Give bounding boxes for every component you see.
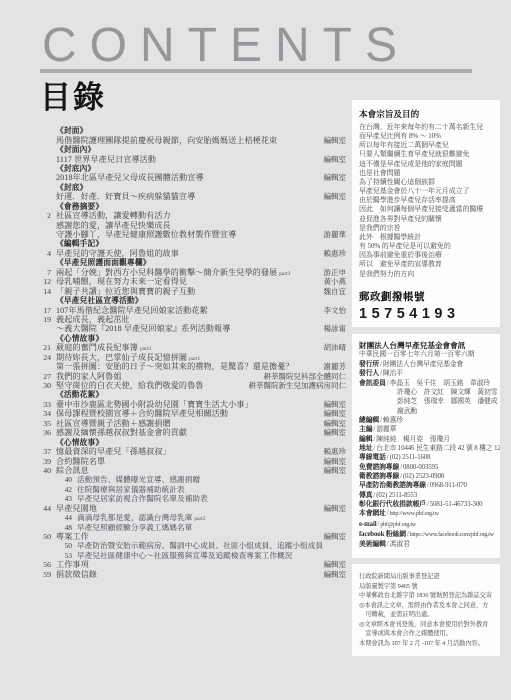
- info-label: 衛教諮詢專線: [359, 473, 399, 480]
- info-row: 許瓊心 許文紅 陳文輝 黃初雪: [359, 388, 496, 397]
- purpose-line: 並促進各界對早產兒的關懷: [359, 215, 495, 224]
- toc-page-number: 50: [38, 532, 51, 541]
- info-label: 主編: [359, 426, 372, 433]
- info-value: 游麗華: [376, 426, 396, 433]
- purpose-line: 因為事前避免重於事後治療: [359, 251, 495, 260]
- info-row: 美術編輯/馮淑君: [359, 540, 496, 549]
- purpose-line: 此外 根據醫學統計: [359, 233, 495, 242]
- notes-line: ◎本會訊之文章，需經由作者及本會之同意，方: [359, 601, 496, 611]
- postal-account-title: 郵政劃撥帳號: [359, 289, 495, 304]
- purpose-line: 是我們的宗旨: [359, 224, 495, 233]
- purpose-line: 是我們努力的方向: [359, 270, 495, 279]
- toc-author: 胡沛晴: [318, 342, 347, 353]
- toc-page-number: 56: [38, 560, 51, 569]
- toc-title: 捐款徵信錄: [56, 569, 97, 580]
- toc-page-number: 7: [38, 268, 51, 277]
- toc-page-number: 21: [38, 343, 51, 352]
- toc-author: 編輯室: [318, 172, 347, 183]
- info-row: 主編/游麗華: [359, 425, 496, 434]
- notes-line: 行政院新聞局出版事業登記證: [359, 572, 496, 582]
- purpose-box: 本會宗旨及目的 在台灣，近年來每年約有二十萬名新生兒而早產兒比例有 8% ～ 1…: [352, 100, 500, 327]
- purpose-lines: 在台灣，近年來每年約有二十萬名新生兒而早產兒比例有 8% ～ 10%所以每年有接…: [359, 123, 495, 279]
- toc-page-number: 42: [48, 485, 72, 494]
- info-value: 謝武勳: [397, 408, 417, 415]
- toc-page-number: 39: [38, 457, 51, 466]
- info-label: 地址: [359, 445, 372, 452]
- purpose-line: 為了持續性關心這個族群: [359, 178, 495, 187]
- toc-list: 《封面》馬偕醫院護理團隊提前慶祝母親節，向安胎媽媽送上桔梗花束編輯室《封面內》1…: [38, 126, 346, 579]
- info-value: 財團法人台灣早產兒基金會: [383, 361, 463, 368]
- info-value: http://www.pbf.org.tw: [390, 511, 439, 517]
- toc-author: 編輯室: [318, 503, 347, 514]
- purpose-line: 在台灣，近年來每年約有二十萬名新生兒: [359, 123, 495, 132]
- toc-title: 早產兒照顧經驗分享義工媽媽名單: [77, 522, 192, 533]
- info-label: 編輯: [359, 436, 372, 443]
- notes-line: 局版臺製字第 9465 號: [359, 582, 496, 592]
- toc-page-number: 40: [48, 475, 72, 484]
- toc-author: 游麗華: [318, 229, 347, 240]
- notes-lines: 行政院新聞局出版事業登記證局版臺製字第 9465 號中華郵政台北雜字第 1836…: [359, 572, 496, 648]
- info-label: 發行人: [359, 370, 379, 377]
- info-label: 專線電話: [359, 454, 386, 461]
- info-label: facebook 粉絲網: [359, 531, 406, 538]
- toc-author: 編輯室: [318, 465, 347, 476]
- toc-page-number: 2: [38, 211, 51, 220]
- info-row: 會訊委員/李晶玉 吳千住 胡玉銘 韋淑玲: [359, 379, 496, 388]
- toc-page-number: 36: [38, 428, 51, 437]
- toc-page-number: 33: [38, 400, 51, 409]
- purpose-line: 也是社會問題: [359, 169, 495, 178]
- info-label: 早產防治衛教諮詢專線: [359, 482, 426, 489]
- info-value: 0800-003595: [403, 464, 438, 471]
- info-label: e-mail: [359, 521, 377, 528]
- info-row: e-mail/pbf@pbf.org.tw: [359, 520, 496, 530]
- toc-author: 耕莘醫院新生兒加護病房同仁: [243, 380, 347, 391]
- info-row: 免費諮詢專線/0800-003595: [359, 463, 496, 472]
- toc-page-number: 59: [38, 570, 51, 579]
- info-rows: 發行所/財團法人台灣早產兒基金會發行人/陳治平會訊委員/李晶玉 吳千住 胡玉銘 …: [359, 360, 496, 550]
- info-value: (02) 2511-1608: [390, 454, 431, 461]
- purpose-line: 所以 避免早產的宣導教育: [359, 260, 495, 269]
- toc-page-number: 14: [38, 287, 51, 296]
- info-label: 傳真: [359, 492, 372, 499]
- info-value: 李晶玉 吳千住 胡玉銘 韋淑玲: [390, 380, 490, 387]
- toc-part-marker: part2: [194, 516, 205, 522]
- publication-title: 財團法人台灣早產兒基金會會訊: [359, 341, 496, 350]
- info-row: facebook 粉絲網/https://www.facebook.com/pb…: [359, 530, 496, 540]
- toc-author: 魏自宜: [318, 286, 347, 297]
- notes-line: 宣導或與本會合作之媒體使用。: [359, 629, 496, 639]
- toc-page-number: 44: [38, 504, 51, 513]
- purpose-line: 只要人類繼續生育早產兒就很難避免: [359, 150, 495, 159]
- info-label: 總編輯: [359, 417, 379, 424]
- notes-line: 可轉載，並需註明出處。: [359, 610, 496, 620]
- info-value: 陳純純 楊月姿 張瓊月: [376, 436, 450, 443]
- info-row: 總編輯/賴惠珍: [359, 416, 496, 425]
- toc-title: 早產兒社區健康中心～社區服務與宣導及追蹤檢查專案工作概況: [77, 550, 292, 561]
- info-value: pbf@pbf.org.tw: [380, 522, 416, 528]
- toc-author: 編輯室: [318, 135, 347, 146]
- purpose-line: 有 50% 的早產兒是可以避免的: [359, 242, 495, 251]
- info-value: 賴惠珍: [383, 417, 403, 424]
- toc-author: 編輯室: [318, 154, 347, 165]
- toc-page-number: 34: [38, 409, 51, 418]
- info-row: 衛教諮詢專線/(02) 2523-0908: [359, 472, 496, 481]
- publication-issue: 中華民國一百零七年六月第一百零六期: [359, 350, 496, 359]
- toc-part-marker: part3: [279, 271, 290, 277]
- info-row: 謝武勳: [359, 407, 496, 416]
- notes-line: 中華郵政台北雜字第 1836 號執照登記為雜誌交寄: [359, 591, 496, 601]
- purpose-title: 本會宗旨及目的: [359, 108, 495, 120]
- info-value: 台北市 10446 民生東路二段 42 號 8 樓之 12: [376, 445, 500, 452]
- purpose-line: 而早產兒比例有 8% ～ 10%: [359, 132, 495, 141]
- toc-page-number: 27: [38, 372, 51, 381]
- purpose-line: 這不僅是早產兒或是他的家庭問題: [359, 160, 495, 169]
- info-value: 5081-51-46733-300: [430, 501, 483, 508]
- info-value: 陳治平: [383, 370, 403, 377]
- info-label: 免費諮詢專線: [359, 464, 399, 471]
- toc-row: 59捐款徵信錄編輯室: [38, 570, 346, 579]
- toc-page-number: 12: [38, 277, 51, 286]
- info-row: 早產防治衛教諮詢專線/0968-911-070: [359, 481, 496, 490]
- info-value: (02) 2523-0908: [403, 473, 444, 480]
- toc-author: 編輯室: [318, 569, 347, 580]
- purpose-line: 早產兒基金會於八十一年元月成立了: [359, 187, 495, 196]
- info-label: 本會網址: [359, 510, 386, 517]
- info-row: 傳真/(02) 2511-8553: [359, 491, 496, 500]
- info-value: (02) 2511-8553: [376, 492, 417, 499]
- postal-account-number: 15754193: [359, 306, 495, 322]
- info-value: 彭純芝 張瑞幸 鄒國英 潘健成: [397, 398, 497, 405]
- toc-author: 楊詠甯: [318, 323, 347, 334]
- toc-page-number: 30: [38, 381, 51, 390]
- info-label: 會訊委員: [359, 380, 386, 387]
- notes-line: 本期會訊為 107 年 2 月 -107 年 4 月活動內容。: [359, 639, 496, 649]
- purpose-line: 因此 如何讓每個早產兒接受適當的醫療: [359, 205, 495, 214]
- info-value: 馮淑君: [390, 541, 410, 548]
- toc-author: 李文怡: [318, 305, 347, 316]
- info-row: 編輯/陳純純 楊月姿 張瓊月: [359, 435, 496, 444]
- info-value: 0968-911-070: [430, 482, 467, 489]
- toc-page-number: 37: [38, 447, 51, 456]
- info-row: 彭純芝 張瑞幸 鄒國英 潘健成: [359, 397, 496, 406]
- toc-author: 編輯室: [318, 427, 347, 438]
- toc-page-number: 44: [48, 513, 72, 522]
- toc-page-number: 19: [38, 315, 51, 324]
- info-row: 發行人/陳治平: [359, 369, 496, 378]
- notes-line: ◎文章經本會刊登後，同意本會使用於對外教育: [359, 620, 496, 630]
- toc-page-number: 35: [38, 419, 51, 428]
- contents-header: CONTENTS: [42, 22, 502, 70]
- info-row: 地址/台北市 10446 民生東路二段 42 號 8 樓之 12: [359, 444, 496, 453]
- info-label: 發行所: [359, 361, 379, 368]
- toc-page-number: 17: [38, 306, 51, 315]
- toc-author: 賴惠珍: [318, 248, 347, 259]
- registration-notes-box: 行政院新聞局出版事業登記證局版臺製字第 9465 號中華郵政台北雜字第 1836…: [352, 564, 500, 656]
- toc-page-number: 4: [38, 249, 51, 258]
- toc-page-number: 40: [38, 466, 51, 475]
- toc-part-marker: part1: [189, 356, 200, 362]
- toc-page-number: 50: [48, 541, 72, 550]
- info-row: 發行所/財團法人台灣早產兒基金會: [359, 360, 496, 369]
- page-title: 目錄: [40, 80, 106, 116]
- info-row: 本會網址/http://www.pbf.org.tw: [359, 509, 496, 519]
- header-underline: [40, 69, 472, 73]
- publication-info-box: 財團法人台灣早產兒基金會會訊 中華民國一百零七年六月第一百零六期 發行所/財團法…: [352, 334, 500, 558]
- info-value: 許瓊心 許文紅 陳文輝 黃初雪: [397, 389, 497, 396]
- info-label: 彰化銀行代收捐款帳戶: [359, 501, 426, 508]
- info-row: 專線電話/(02) 2511-1608: [359, 453, 496, 462]
- toc-page-number: 24: [38, 353, 51, 362]
- toc-part-marker: part3: [140, 346, 151, 352]
- toc-author: 編輯室: [318, 191, 347, 202]
- info-row: 彰化銀行代收捐款帳戶/5081-51-46733-300: [359, 500, 496, 509]
- info-value: https://www.facebook.com/pbf.org.tw: [410, 532, 494, 538]
- info-label: 美術編輯: [359, 541, 386, 548]
